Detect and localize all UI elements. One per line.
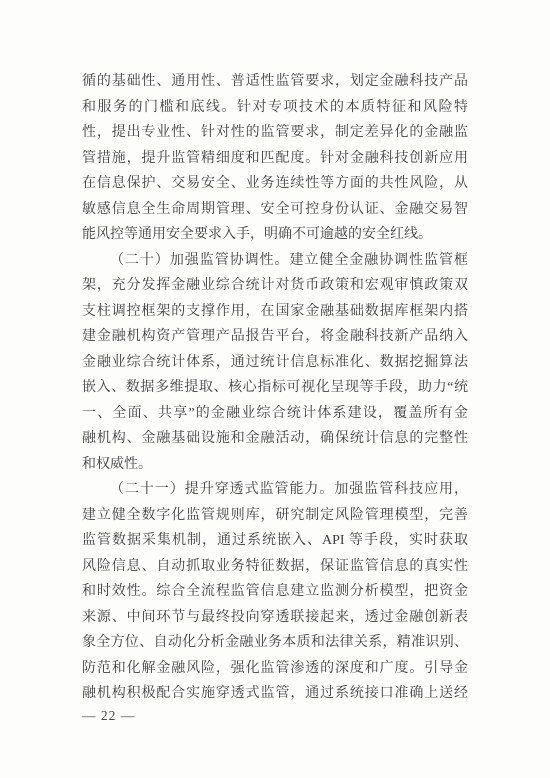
text-line: 性，提出专业性、针对性的监管要求，制定差异化的金融监 xyxy=(82,120,468,146)
text-line: 在信息保护、交易安全、业务连续性等方面的共性风险，从 xyxy=(82,171,468,197)
text-line: 风险信息、自动抓取业务特征数据，保证监管信息的真实性 xyxy=(82,554,468,580)
text-line: 嵌入、数据多维提取、核心指标可视化呈现等手段，助力“统 xyxy=(82,375,468,401)
text-line: （二十一）提升穿透式监管能力。加强监管科技应用， xyxy=(82,477,468,503)
text-line: 来源、中间环节与最终投向穿透联接起来，透过金融创新表 xyxy=(82,605,468,631)
text-line: 金融业综合统计体系，通过统计信息标准化、数据挖掘算法 xyxy=(82,350,468,376)
text-line: 能风控等通用安全要求入手，明确不可逾越的安全红线。 xyxy=(82,222,468,248)
text-line: 建立健全数字化监管规则库，研究制定风险管理模型，完善 xyxy=(82,503,468,529)
page-number: — 22 — xyxy=(82,706,135,726)
text-line: 管措施，提升监管精细度和匹配度。针对金融科技创新应用 xyxy=(82,146,468,172)
text-line: 循的基础性、通用性、普适性监管要求，划定金融科技产品 xyxy=(82,69,468,95)
text-line: 和权威性。 xyxy=(82,452,468,478)
text-line: 架，充分发挥金融业综合统计对货币政策和宏观审慎政策双 xyxy=(82,273,468,299)
document-body: 循的基础性、通用性、普适性监管要求，划定金融科技产品和服务的门槛和底线。针对专项… xyxy=(82,69,468,707)
text-line: 和服务的门槛和底线。针对专项技术的本质特征和风险特 xyxy=(82,95,468,121)
text-line: 象全方位、自动化分析金融业务本质和法律关系，精准识别、 xyxy=(82,630,468,656)
text-line: 敏感信息全生命周期管理、安全可控身份认证、金融交易智 xyxy=(82,197,468,223)
text-line: （二十）加强监管协调性。建立健全金融协调性监管框 xyxy=(82,248,468,274)
text-line: 监管数据采集机制，通过系统嵌入、API 等手段，实时获取 xyxy=(82,528,468,554)
document-page: 循的基础性、通用性、普适性监管要求，划定金融科技产品和服务的门槛和底线。针对专项… xyxy=(0,0,550,778)
text-line: 建金融机构资产管理产品报告平台，将金融科技新产品纳入 xyxy=(82,324,468,350)
text-line: 融机构、金融基础设施和金融活动，确保统计信息的完整性 xyxy=(82,426,468,452)
text-line: 融机构积极配合实施穿透式监管，通过系统接口准确上送经 xyxy=(82,681,468,707)
text-line: 防范和化解金融风险，强化监管渗透的深度和广度。引导金 xyxy=(82,656,468,682)
text-line: 支柱调控框架的支撑作用，在国家金融基础数据库框架内搭 xyxy=(82,299,468,325)
text-line: 一、全面、共享”的金融业综合统计体系建设，覆盖所有金 xyxy=(82,401,468,427)
text-line: 和时效性。综合全流程监管信息建立监测分析模型，把资金 xyxy=(82,579,468,605)
